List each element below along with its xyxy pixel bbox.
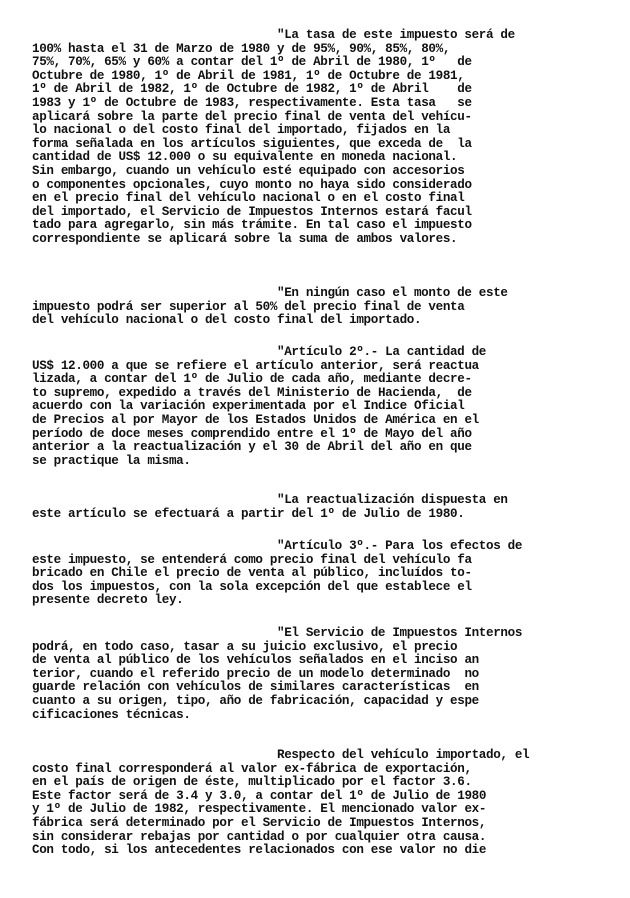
text-line: sin considerar rebajas por cantidad o po…: [32, 831, 612, 845]
paragraph-max-amount: "En ningún caso el monto de este impuest…: [32, 287, 612, 328]
paragraph-tax-rate: "La tasa de este impuesto será de 100% h…: [32, 29, 612, 247]
paragraph-article-3: "Artículo 3º.- Para los efectos de este …: [32, 540, 612, 608]
text-line: guarde relación con vehículos de similar…: [32, 681, 612, 695]
text-line: del vehículo nacional o del costo final …: [32, 314, 612, 328]
text-line: "En ningún caso el monto de este: [32, 287, 612, 301]
text-line: 100% hasta el 31 de Marzo de 1980 y de 9…: [32, 43, 612, 57]
text-line: "Artículo 3º.- Para los efectos de: [32, 540, 612, 554]
text-line: del importado, el Servicio de Impuestos …: [32, 206, 612, 220]
text-line: aplicará sobre la parte del precio final…: [32, 111, 612, 125]
text-line: correspondiente se aplicará sobre la sum…: [32, 233, 612, 247]
text-line: lizada, a contar del 1º de Julio de cada…: [32, 373, 612, 387]
text-line: bricado en Chile el precio de venta al p…: [32, 567, 612, 581]
text-line: Sin embargo, cuando un vehículo esté equ…: [32, 165, 612, 179]
text-line: Octubre de 1980, 1º de Abril de 1981, 1º…: [32, 70, 612, 84]
text-line: en el precio final del vehículo nacional…: [32, 192, 612, 206]
text-line: este impuesto, se entenderá como precio …: [32, 554, 612, 568]
text-line: cificaciones técnicas.: [32, 709, 612, 723]
text-line: impuesto podrá ser superior al 50% del p…: [32, 301, 612, 315]
text-line: cuanto a su origen, tipo, año de fabrica…: [32, 695, 612, 709]
text-line: y 1º de Julio de 1982, respectivamente. …: [32, 803, 612, 817]
text-line: anterior a la reactualización y el 30 de…: [32, 441, 612, 455]
text-line: "La reactualización dispuesta en: [32, 494, 612, 508]
text-line: costo final corresponderá al valor ex-fá…: [32, 763, 612, 777]
text-line: "La tasa de este impuesto será de: [32, 29, 612, 43]
text-line: forma señalada en los artículos siguient…: [32, 138, 612, 152]
text-line: Este factor será de 3.4 y 3.0, a contar …: [32, 790, 612, 804]
text-line: 75%, 70%, 65% y 60% a contar del 1º de A…: [32, 56, 612, 70]
text-line: presente decreto ley.: [32, 594, 612, 608]
text-line: lo nacional o del costo final del import…: [32, 124, 612, 138]
text-line: 1º de Abril de 1982, 1º de Octubre de 19…: [32, 83, 612, 97]
text-line: acuerdo con la variación experimentada p…: [32, 400, 612, 414]
text-line: fábrica será determinado por el Servicio…: [32, 817, 612, 831]
text-line: "El Servicio de Impuestos Internos: [32, 627, 612, 641]
text-line: terior, cuando el referido precio de un …: [32, 668, 612, 682]
text-line: 1983 y 1º de Octubre de 1983, respectiva…: [32, 97, 612, 111]
text-line: Respecto del vehículo importado, el: [32, 749, 612, 763]
text-line: período de doce meses comprendido entre …: [32, 428, 612, 442]
paragraph-tax-service: "El Servicio de Impuestos Internos podrá…: [32, 627, 612, 722]
text-line: podrá, en todo caso, tasar a su juicio e…: [32, 641, 612, 655]
text-line: en el país de origen de éste, multiplica…: [32, 776, 612, 790]
text-line: de venta al público de los vehículos señ…: [32, 654, 612, 668]
text-line: este artículo se efectuará a partir del …: [32, 508, 612, 522]
document-page: "La tasa de este impuesto será de 100% h…: [0, 0, 630, 898]
text-line: o componentes opcionales, cuyo monto no …: [32, 179, 612, 193]
text-line: to supremo, expedido a través del Minist…: [32, 387, 612, 401]
text-line: tado para agregarlo, sin más trámite. En…: [32, 219, 612, 233]
text-line: dos los impuestos, con la sola excepción…: [32, 581, 612, 595]
paragraph-reactualization: "La reactualización dispuesta en este ar…: [32, 494, 612, 521]
paragraph-article-2: "Artículo 2º.- La cantidad de US$ 12.000…: [32, 346, 612, 468]
paragraph-imported-vehicle: Respecto del vehículo importado, el cost…: [32, 749, 612, 858]
text-line: "Artículo 2º.- La cantidad de: [32, 346, 612, 360]
text-line: US$ 12.000 a que se refiere el artículo …: [32, 360, 612, 374]
text-line: cantidad de US$ 12.000 o su equivalente …: [32, 151, 612, 165]
text-line: se practique la misma.: [32, 455, 612, 469]
text-line: Con todo, si los antecedentes relacionad…: [32, 844, 612, 858]
text-line: de Precios al por Mayor de los Estados U…: [32, 414, 612, 428]
